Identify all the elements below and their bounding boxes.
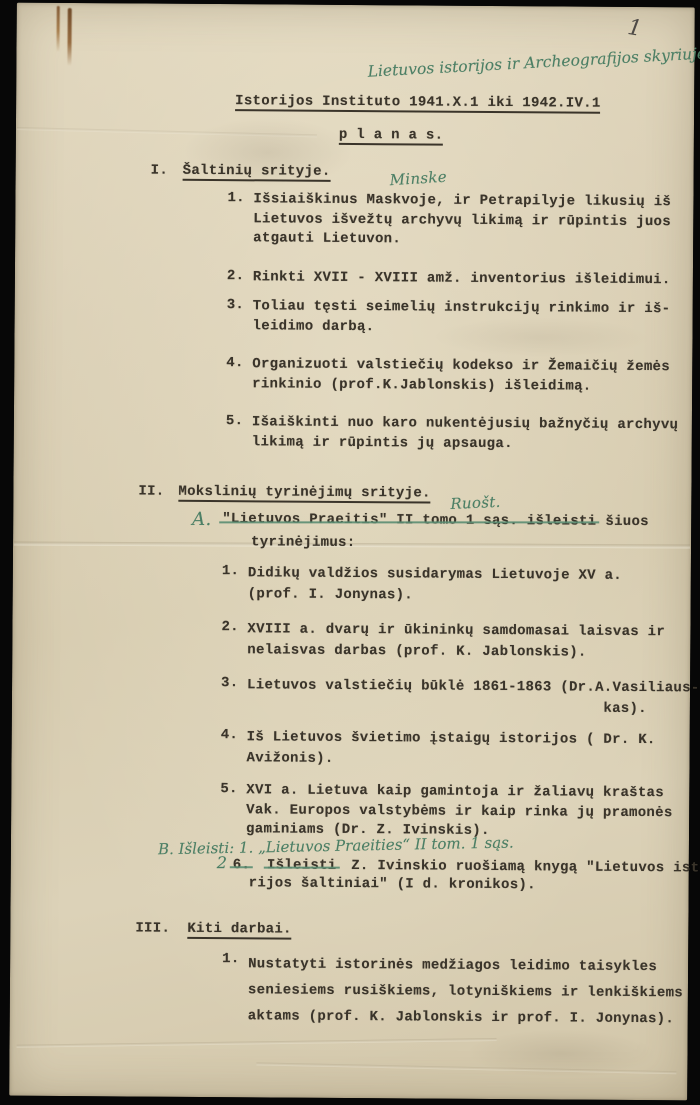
section2-intro-line: A. Ruošt. "Lietuvos Praeitis" II tomo 1 … (222, 511, 649, 530)
handwritten-ruost: Ruošt. (450, 493, 501, 513)
item-text: Išaiškinti nuo karo nukentėjusių bažnyči… (252, 413, 679, 455)
text-line: Rinkti XVII - XVIII amž. inventorius išl… (253, 268, 671, 291)
item-number: 5. (220, 781, 238, 797)
ink-bleedthrough-smudge (466, 1029, 656, 1078)
item-number: 5. (226, 413, 244, 429)
item-number: 3. (221, 675, 239, 691)
text-line: Lietuvos valstiečių būklė 1861-1863 (Dr.… (247, 675, 700, 699)
text-line: XVIII a. dvarų ir ūkininkų samdomasai la… (247, 619, 665, 643)
handwritten-b-note: B. Išleisti: 1. „Lietuvos Praeities“ II … (158, 833, 514, 858)
text-line: Išsiaiškinus Maskvoje, ir Petrapilyje li… (253, 190, 671, 213)
section3-number: III. (135, 920, 170, 936)
section2-item6: 2 6. Išleisti Z. Ivinskio ruošiamą knygą… (233, 857, 700, 897)
text-line: Išaiškinti nuo karo nukentėjusių bažnyči… (252, 413, 679, 436)
section2-item1: 1. Didikų valdžios susidarymas Lietuvoje… (222, 563, 622, 608)
struck-item-number: 6. (233, 857, 251, 873)
handwritten-page-number: 1 (626, 15, 644, 42)
handwritten-label-a: A. (192, 509, 211, 530)
section1-heading: Šaltinių srityje. (183, 163, 331, 182)
text-line: Iš Lietuvos švietimo įstaigų istorijos (… (247, 727, 656, 751)
text-line: likimą ir rūpintis jų apsauga. (252, 433, 679, 456)
section2-item4: 4. Iš Lietuvos švietimo įstaigų istorijo… (220, 727, 655, 772)
section2-number: II. (138, 484, 164, 500)
rust-stain (56, 6, 59, 52)
item-text: Lietuvos valstiečių būklė 1861-1863 (Dr.… (247, 675, 700, 720)
item-number: 4. (221, 727, 239, 743)
item-number: 3. (227, 297, 245, 313)
handwritten-routing-note: Lietuvos istorijos ir Archeografijos sky… (367, 44, 700, 81)
item-number: 4. (226, 355, 244, 371)
item-text: XVIII a. dvarų ir ūkininkų samdomasai la… (247, 619, 665, 664)
struck-text: "Lietuvos Praeitis" II tomo 1 sąs. išlei… (222, 511, 596, 530)
item-number: 1. (222, 563, 240, 579)
page-content: 1 Lietuvos istorijos ir Archeografijos s… (0, 0, 700, 1105)
section3-item1: 1. Nustatyti istorinės medžiagos leidimo… (222, 951, 684, 1032)
section1-item1: 1. Išsiaiškinus Maskvoje, ir Petrapilyje… (227, 190, 671, 252)
section1-number: I. (151, 163, 169, 179)
text-line: aktams (prof. K. Jablonskis ir prof. I. … (248, 1003, 683, 1032)
section2-item2: 2. XVIII a. dvarų ir ūkininkų samdomasai… (221, 619, 665, 664)
photographed-archival-document: { "frame": { "page_number": "1" }, "anno… (0, 0, 700, 1105)
section1-item2: 2. Rinkti XVII - XVIII amž. inventorius … (227, 268, 671, 291)
text-line: Avižonis). (246, 748, 655, 772)
text-line-right-aligned: kas). (247, 696, 647, 720)
item-text: Didikų valdžios susidarymas Lietuvoje XV… (248, 563, 622, 608)
document-subtitle-text: p l a n a s. (339, 127, 444, 146)
section2-heading: Mokslinių tyrinėjimų srityje. (178, 484, 430, 504)
struck-word-isleisti: Išleisti (267, 857, 337, 873)
document-title-text: Istorijos Instituto 1941.X.1 iki 1942.IV… (235, 93, 601, 114)
paper-sheet: 1 Lietuvos istorijos ir Archeografijos s… (9, 3, 695, 1101)
section2-heading-text: Mokslinių tyrinėjimų srityje. (178, 484, 430, 504)
section2-item5: 5. XVI a. Lietuva kaip gamintoja ir žali… (220, 781, 673, 843)
text-line: Nustatyti istorinės medžiagos leidimo ta… (248, 951, 683, 980)
handwritten-insertion-minske: Minske (389, 168, 447, 190)
text-line: rinkinio (prof.K.Jablonskis) išleidimą. (252, 375, 670, 398)
item-number: 1. (222, 951, 240, 967)
item-text: Toliau tęsti seimelių instrukcijų rinkim… (252, 297, 670, 339)
text-line: (prof. I. Jonynas). (248, 584, 622, 608)
text-line: Toliau tęsti seimelių instrukcijų rinkim… (253, 297, 671, 320)
section2-item3: 3. Lietuvos valstiečių būklė 1861-1863 (… (221, 675, 700, 720)
item-number: 1. (227, 190, 245, 206)
section1-item4: 4. Organizuoti valstiečių kodekso ir Žem… (226, 355, 670, 397)
text-line: Organizuoti valstiečių kodekso ir Žemaič… (252, 355, 670, 378)
document-subtitle: p l a n a s. (339, 127, 444, 146)
paper-crease (17, 1038, 497, 1048)
section1-heading-text: Šaltinių srityje. (183, 163, 331, 182)
text-line: seniesiems rusiškiems, lotyniškiems ir l… (248, 977, 683, 1006)
section1-item5: 5. Išaiškinti nuo karo nukentėjusių bažn… (226, 413, 679, 455)
rust-stain (67, 8, 71, 66)
handwritten-renumber-2: 2 (217, 853, 228, 872)
text-line: atgauti Lietuvon. (253, 229, 671, 252)
item-text: Išsiaiškinus Maskvoje, ir Petrapilyje li… (253, 190, 671, 252)
section3-heading: Kiti darbai. (187, 921, 292, 940)
text-line: XVI a. Lietuva kaip gamintoja ir žaliavų… (246, 781, 673, 804)
section3-heading-text: Kiti darbai. (187, 921, 292, 940)
item-text: Nustatyti istorinės medžiagos leidimo ta… (248, 951, 684, 1032)
item-text: Organizuoti valstiečių kodekso ir Žemaič… (252, 355, 670, 397)
item-text: Rinkti XVII - XVIII amž. inventorius išl… (253, 268, 671, 291)
intro-tail: šiuos (605, 514, 649, 530)
item-number: 2. (221, 619, 239, 635)
text-line: rijos šaltiniai" (I d. kronikos). (249, 873, 700, 897)
section1-item3: 3. Toliau tęsti seimelių instrukcijų rin… (226, 297, 670, 339)
text-line: Didikų valdžios susidarymas Lietuvoje XV… (248, 563, 622, 587)
section2-intro-line2: tyrinėjimus: (251, 534, 356, 551)
item-text: Iš Lietuvos švietimo įstaigų istorijos (… (246, 727, 655, 772)
text-line: leidimo darbą. (252, 317, 670, 340)
item-number: 2. (227, 268, 245, 284)
text-line: nelaisvas darbas (prof. K. Jablonskis). (247, 640, 665, 664)
document-title: Istorijos Instituto 1941.X.1 iki 1942.IV… (235, 93, 601, 114)
